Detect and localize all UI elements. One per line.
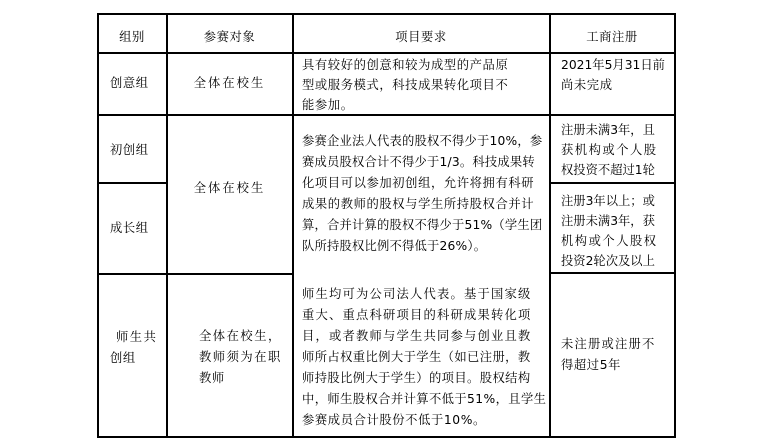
table-border-top (97, 13, 676, 15)
header-group: 组别 (98, 27, 166, 49)
header-registration: 工商注册 (550, 27, 674, 49)
table-border-bottom (97, 436, 676, 438)
participants-startup-growth: 全体在校生 (167, 178, 292, 200)
row-divider-creative (97, 114, 676, 116)
row-divider-left-teacher (97, 273, 293, 275)
table-border-right (674, 13, 676, 438)
competition-groups-table: 组别 参赛对象 项目要求 工商注册 创意组 全体在校生 具有较好的创意和较为成型… (0, 0, 776, 444)
participants-creative: 全体在校生 (167, 73, 292, 95)
table-border-left (97, 13, 99, 438)
group-growth: 成长组 (110, 218, 149, 240)
col-divider-2 (292, 13, 294, 438)
group-creative: 创意组 (110, 73, 149, 95)
row-divider-reg-startup (549, 182, 676, 184)
header-requirements: 项目要求 (293, 27, 549, 49)
header-participants: 参赛对象 (167, 27, 292, 49)
group-startup: 初创组 (110, 140, 149, 162)
header-divider (97, 52, 676, 54)
col-divider-3 (549, 13, 551, 438)
row-divider-startup-group (97, 182, 167, 184)
